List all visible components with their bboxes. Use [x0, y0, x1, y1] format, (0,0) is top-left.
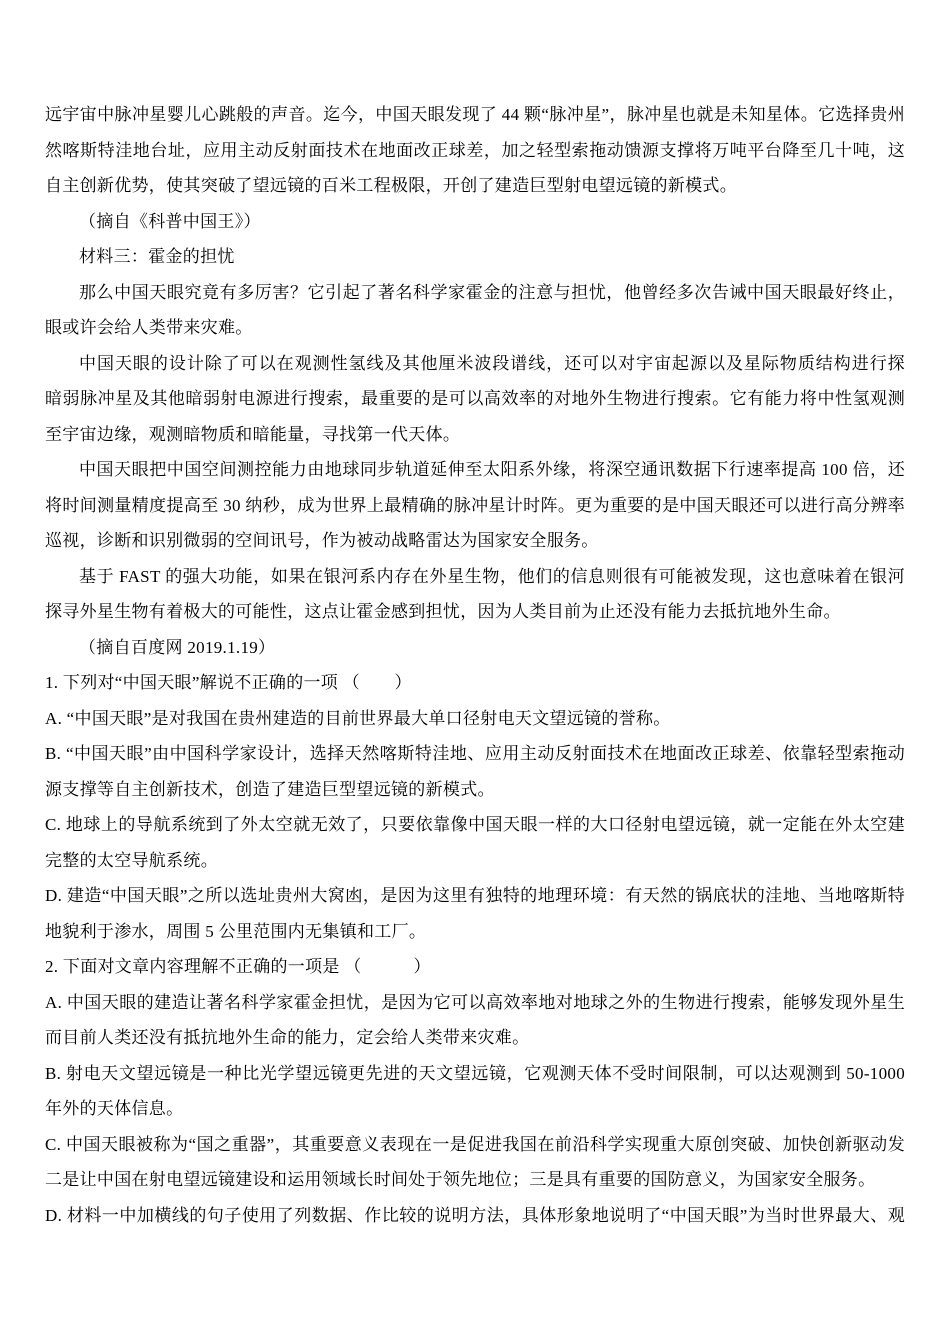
question-1-option-a: A. “中国天眼”是对我国在贵州建造的目前世界最大单口径射电天文望远镜的誉称。	[45, 701, 905, 737]
material3-paragraph-line: 巡视，诊断和识别微弱的空间讯号，作为被动战略雷达为国家安全服务。	[45, 523, 905, 559]
question-2-option-b-line: 年外的天体信息。	[45, 1091, 905, 1127]
question-2-stem: 2. 下面对文章内容理解不正确的一项是 （ ）	[45, 949, 905, 985]
question-2-option-b-line: B. 射电天文望远镜是一种比光学望远镜更先进的天文望远镜，它观测天体不受时间限制…	[45, 1056, 905, 1092]
question-2-option-d-line: D. 材料一中加横线的句子使用了列数据、作比较的说明方法，具体形象地说明了“中国…	[45, 1198, 905, 1234]
question-1-option-d-line: D. 建造“中国天眼”之所以选址贵州大窝凼，是因为这里有独特的地理环境：有天然的…	[45, 878, 905, 914]
citation-source-line: （摘自百度网 2019.1.19）	[45, 630, 905, 666]
material3-paragraph-line: 中国天眼的设计除了可以在观测性氢线及其他厘米波段谱线，还可以对宇宙起源以及星际物…	[45, 346, 905, 382]
question-1-option-c-line: C. 地球上的导航系统到了外太空就无效了，只要依靠像中国天眼一样的大口径射电望远…	[45, 807, 905, 843]
material2-paragraph-line: 远宇宙中脉冲星婴儿心跳般的声音。迄今，中国天眼发现了 44 颗“脉冲星”，脉冲星…	[45, 97, 905, 133]
material3-paragraph-line: 那么中国天眼究竟有多厉害？它引起了著名科学家霍金的注意与担忧，他曾经多次告诫中国…	[45, 275, 905, 311]
question-2-option-a-line: 而目前人类还没有抵抗地外生命的能力，定会给人类带来灾难。	[45, 1020, 905, 1056]
material3-paragraph-line: 将时间测量精度提高至 30 纳秒，成为世界上最精确的脉冲星计时阵。更为重要的是中…	[45, 488, 905, 524]
material3-paragraph-line: 中国天眼把中国空间测控能力由地球同步轨道延伸至太阳系外缘，将深空通讯数据下行速率…	[45, 452, 905, 488]
material3-paragraph-line: 至宇宙边缘，观测暗物质和暗能量，寻找第一代天体。	[45, 417, 905, 453]
question-2-option-c-line: C. 中国天眼被称为“国之重器”，其重要意义表现在一是促进我国在前沿科学实现重大…	[45, 1127, 905, 1163]
material2-paragraph-line: 然喀斯特洼地台址，应用主动反射面技术在地面改正球差，加之轻型索拖动馈源支撑将万吨…	[45, 133, 905, 169]
question-1-option-b-line: B. “中国天眼”由中国科学家设计，选择天然喀斯特洼地、应用主动反射面技术在地面…	[45, 736, 905, 772]
material3-paragraph-line: 基于 FAST 的强大功能，如果在银河系内存在外星生物，他们的信息则很有可能被发…	[45, 559, 905, 595]
material3-paragraph-line: 眼或许会给人类带来灾难。	[45, 310, 905, 346]
question-2-option-a-line: A. 中国天眼的建造让著名科学家霍金担忧，是因为它可以高效率地对地球之外的生物进…	[45, 985, 905, 1021]
question-1-option-c-line: 完整的太空导航系统。	[45, 843, 905, 879]
question-1-stem: 1. 下列对“中国天眼”解说不正确的一项 （ ）	[45, 665, 905, 701]
question-2-option-c-line: 二是让中国在射电望远镜建设和运用领域长时间处于领先地位；三是具有重要的国防意义，…	[45, 1162, 905, 1198]
question-1-option-b-line: 源支撑等自主创新技术，创造了建造巨型望远镜的新模式。	[45, 772, 905, 808]
citation-source-line: （摘自《科普中国王》）	[45, 204, 905, 240]
exam-document-page: 远宇宙中脉冲星婴儿心跳般的声音。迄今，中国天眼发现了 44 颗“脉冲星”，脉冲星…	[0, 0, 950, 1344]
material-3-heading: 材料三：霍金的担忧	[45, 239, 905, 275]
material3-paragraph-line: 探寻外星生物有着极大的可能性，这点让霍金感到担忧，因为人类目前为止还没有能力去抵…	[45, 594, 905, 630]
material3-paragraph-line: 暗弱脉冲星及其他暗弱射电源进行搜索，最重要的是可以高效率的对地外生物进行搜索。它…	[45, 381, 905, 417]
material2-paragraph-line: 自主创新优势，使其突破了望远镜的百米工程极限，开创了建造巨型射电望远镜的新模式。	[45, 168, 905, 204]
question-1-option-d-line: 地貌利于渗水，周围 5 公里范围内无集镇和工厂。	[45, 914, 905, 950]
